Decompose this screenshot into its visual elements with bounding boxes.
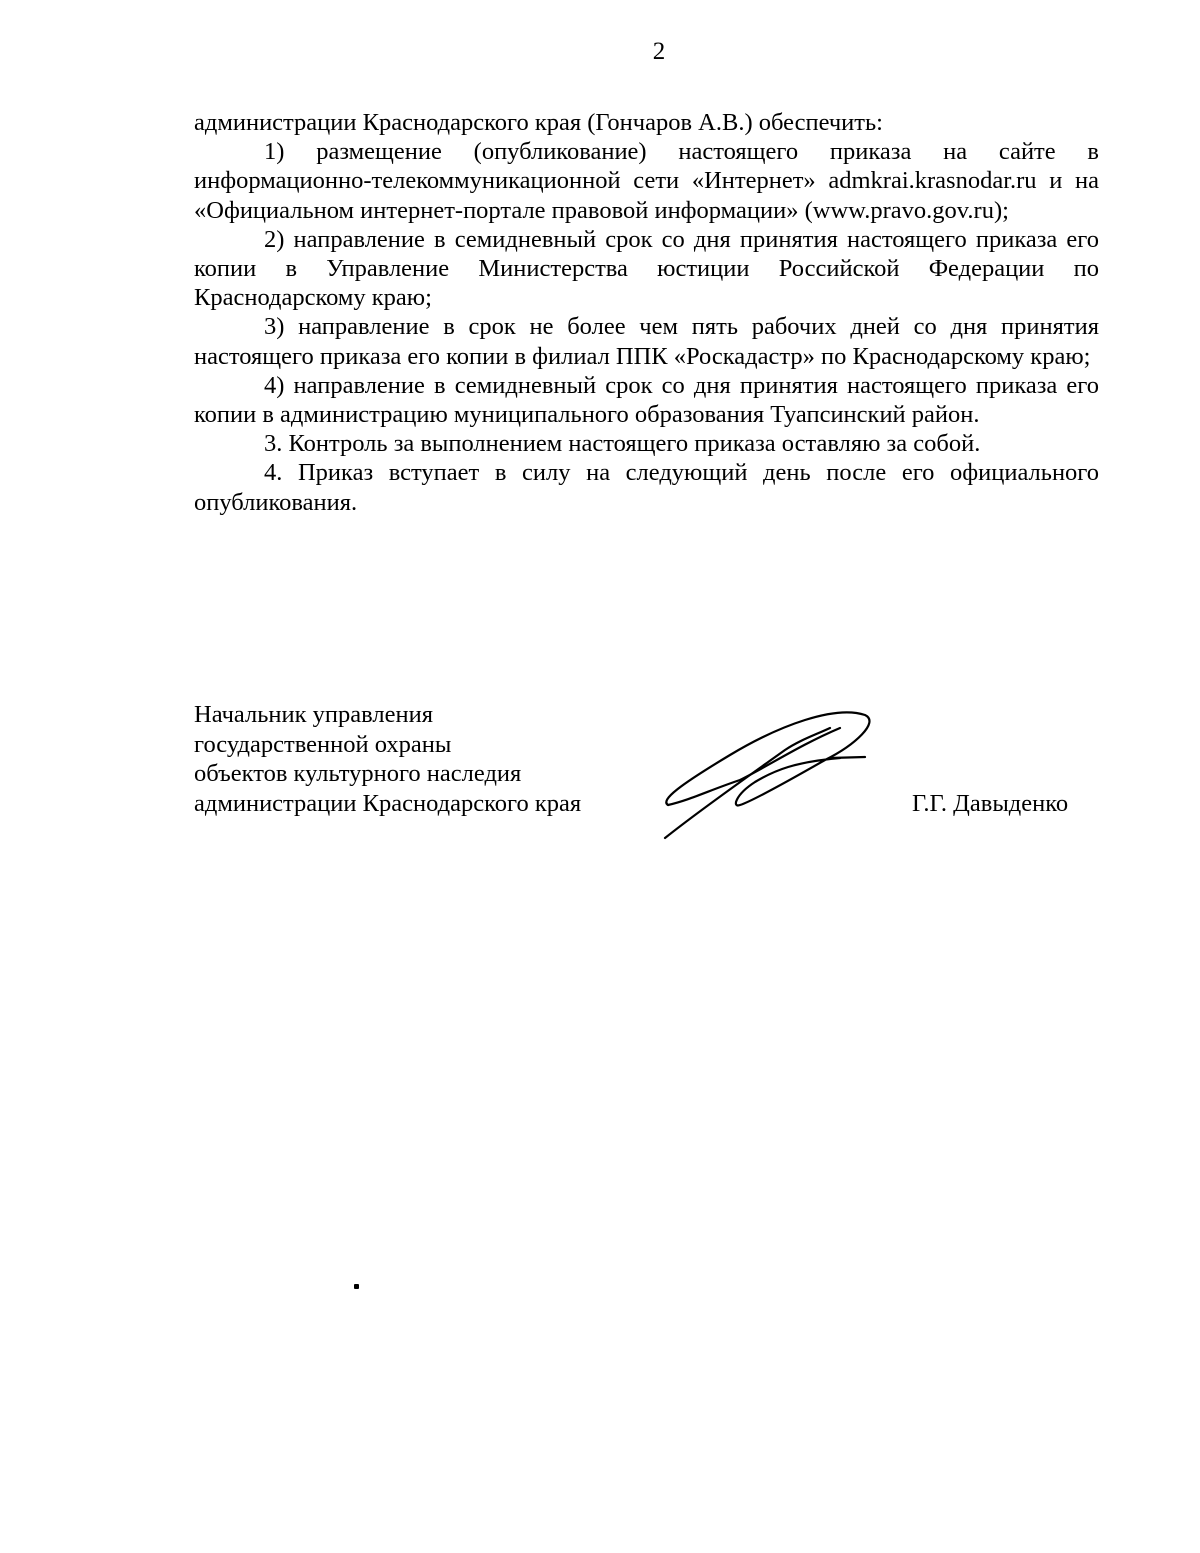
- signatory-title: Начальник управления государственной охр…: [194, 700, 581, 818]
- document-body: администрации Краснодарского края (Гонча…: [194, 108, 1099, 517]
- signatory-title-line: объектов культурного наследия: [194, 759, 581, 789]
- paragraph-item-4: 4) направление в семидневный срок со дня…: [194, 371, 1099, 429]
- signatory-title-line: государственной охраны: [194, 730, 581, 760]
- scan-artifact-dot: [354, 1284, 359, 1289]
- paragraph-item-2: 2) направление в семидневный срок со дня…: [194, 225, 1099, 313]
- paragraph-item-1: 1) размещение (опубликование) настоящего…: [194, 137, 1099, 225]
- paragraph-control: 3. Контроль за выполнением настоящего пр…: [194, 429, 1099, 458]
- signatory-title-line: администрации Краснодарского края: [194, 789, 581, 819]
- signatory-name: Г.Г. Давыденко: [912, 790, 1068, 818]
- page-number: 2: [0, 38, 1200, 66]
- handwritten-signature-icon: [640, 690, 890, 850]
- paragraph-intro: администрации Краснодарского края (Гонча…: [194, 108, 1099, 137]
- signatory-title-line: Начальник управления: [194, 700, 581, 730]
- paragraph-effective: 4. Приказ вступает в силу на следующий д…: [194, 458, 1099, 516]
- paragraph-item-3: 3) направление в срок не более чем пять …: [194, 312, 1099, 370]
